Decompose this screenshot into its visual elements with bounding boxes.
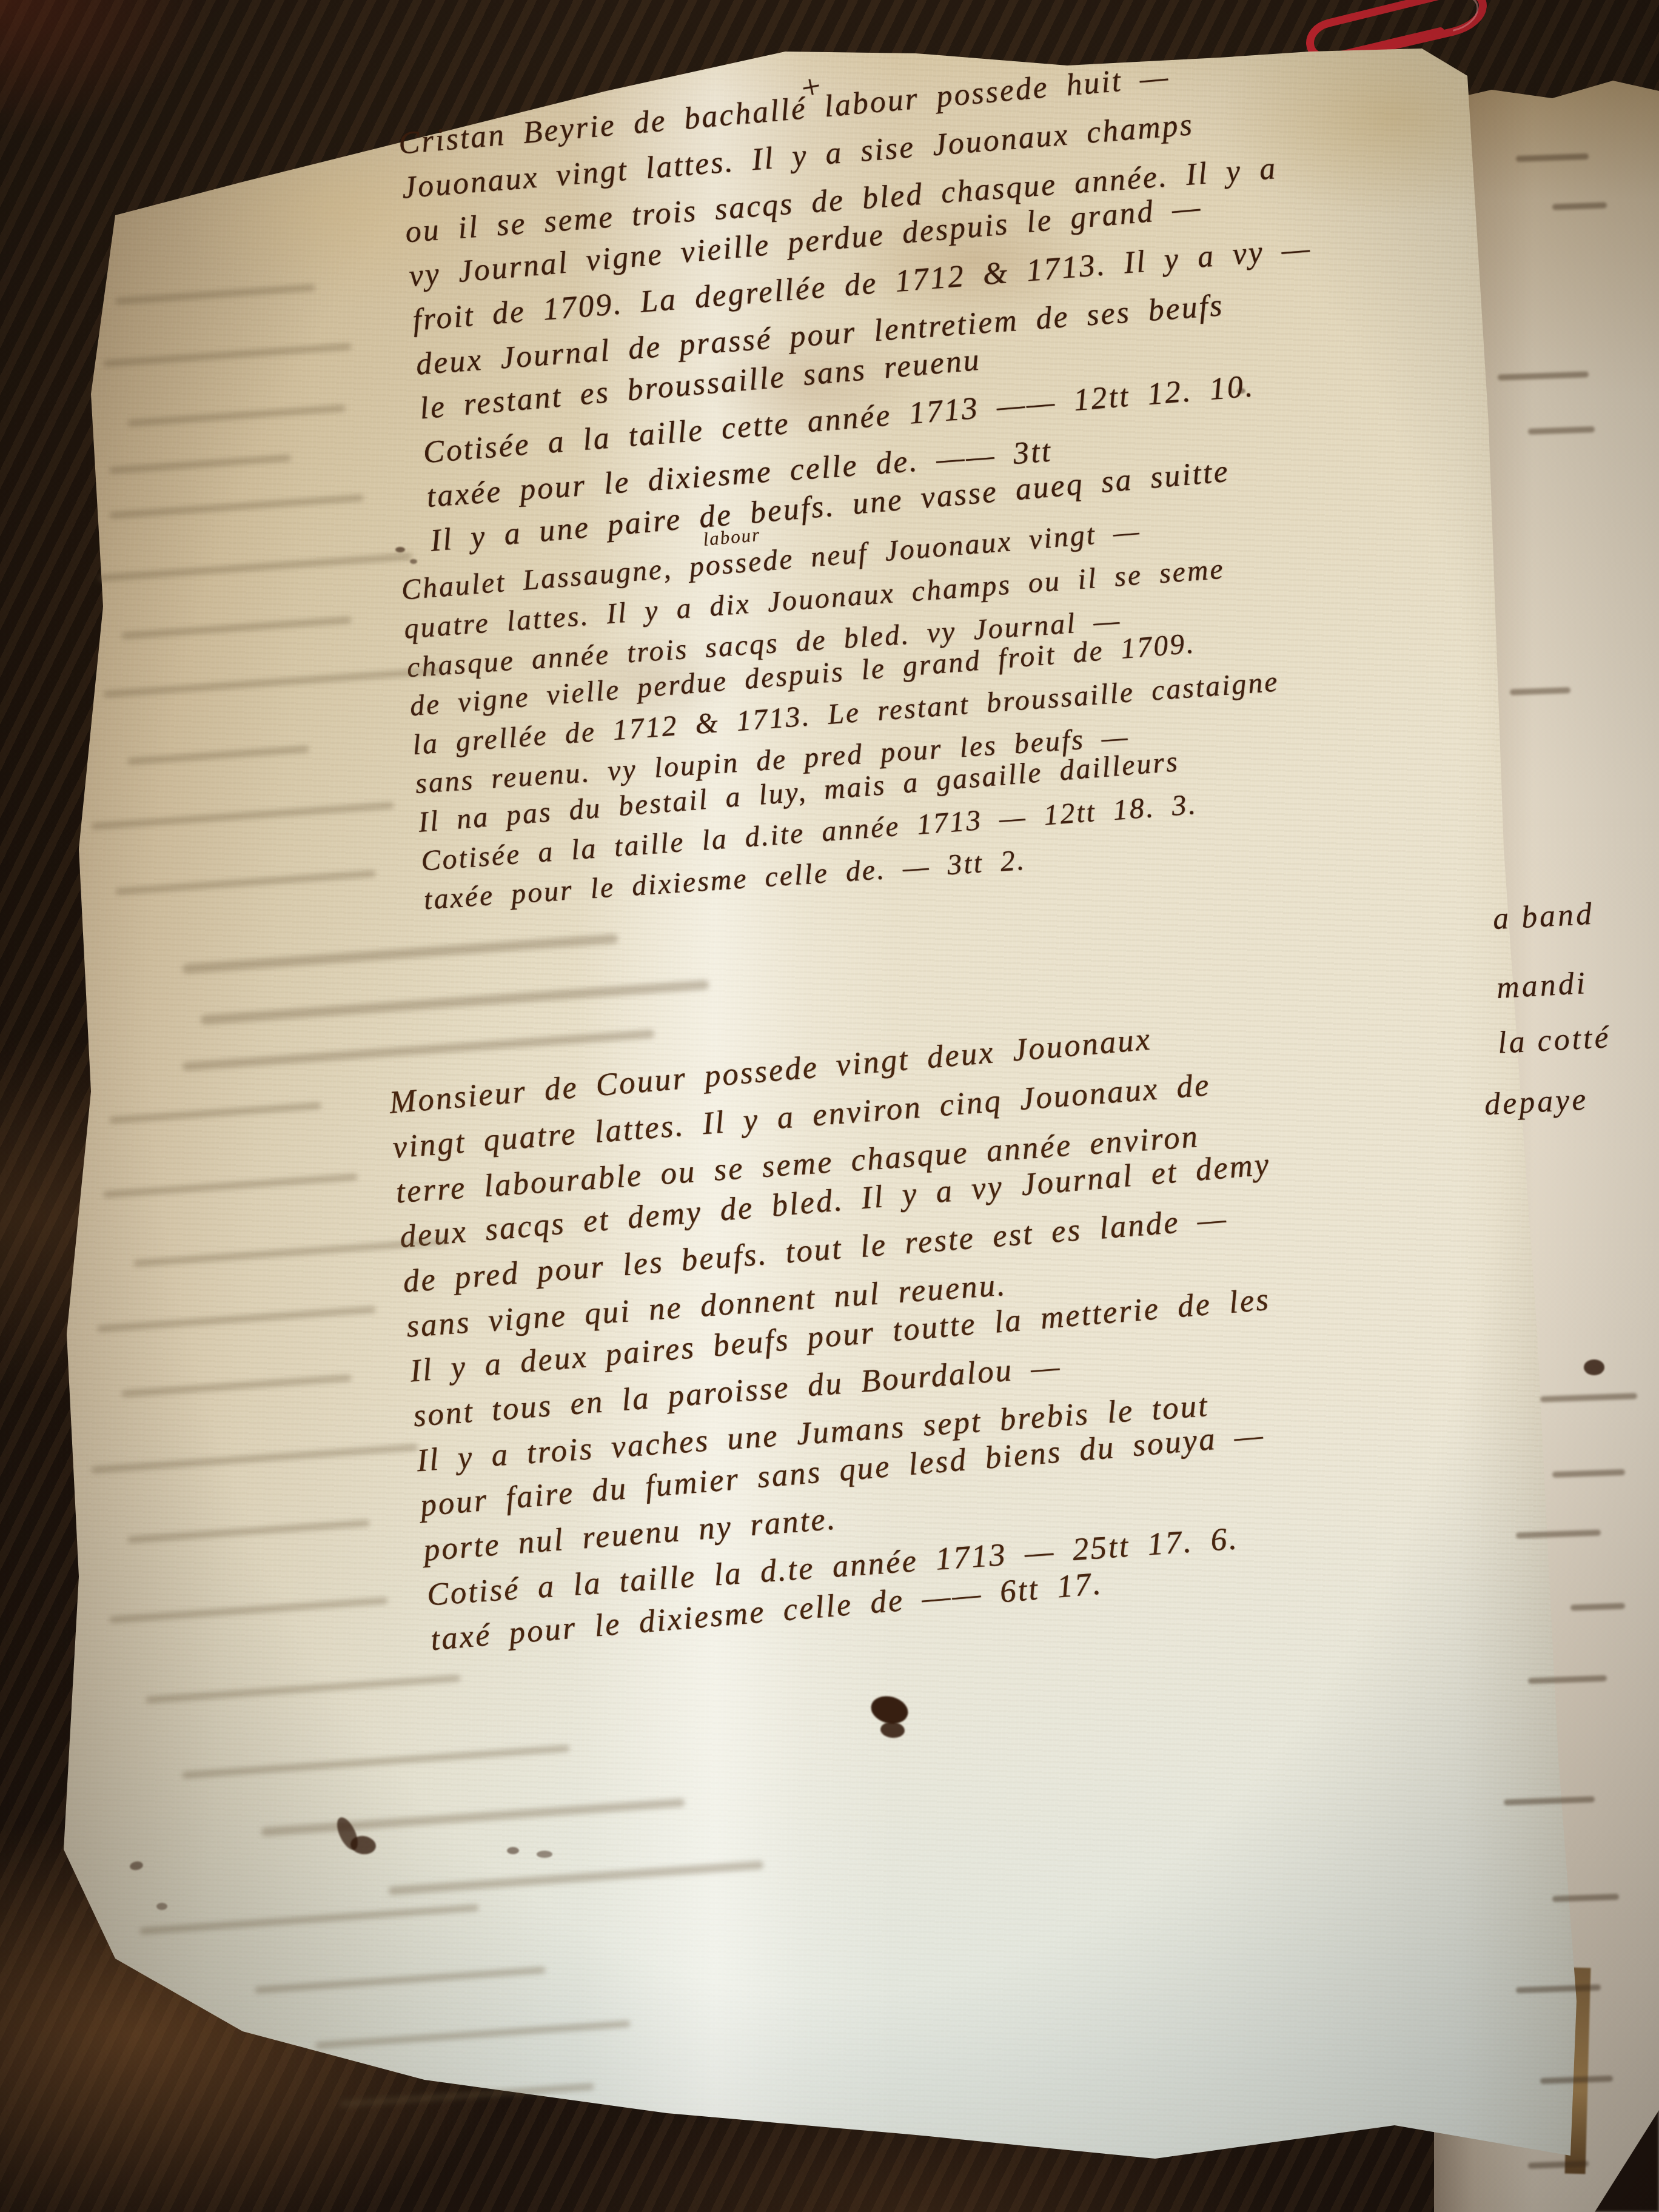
- photo-of-manuscript: + labour Cristan Beyrie de bachallé labo…: [0, 0, 1659, 2212]
- ink-blot: [1237, 388, 1245, 394]
- ink-blot: [1584, 1359, 1604, 1375]
- manuscript-text: Cristan Beyrie de bachallé labour possed…: [0, 0, 1659, 2212]
- second-sheet-fragment: a band: [1492, 896, 1595, 937]
- ink-blot: [537, 1851, 552, 1858]
- ink-blot: [410, 559, 417, 564]
- ink-blot: [395, 547, 405, 552]
- ink-blot: [507, 1847, 519, 1854]
- ink-blot: [156, 1903, 167, 1910]
- second-sheet-fragment: depaye: [1484, 1082, 1589, 1123]
- second-sheet-fragment: la cotté: [1497, 1019, 1612, 1061]
- second-sheet-fragment: mandi: [1496, 965, 1589, 1006]
